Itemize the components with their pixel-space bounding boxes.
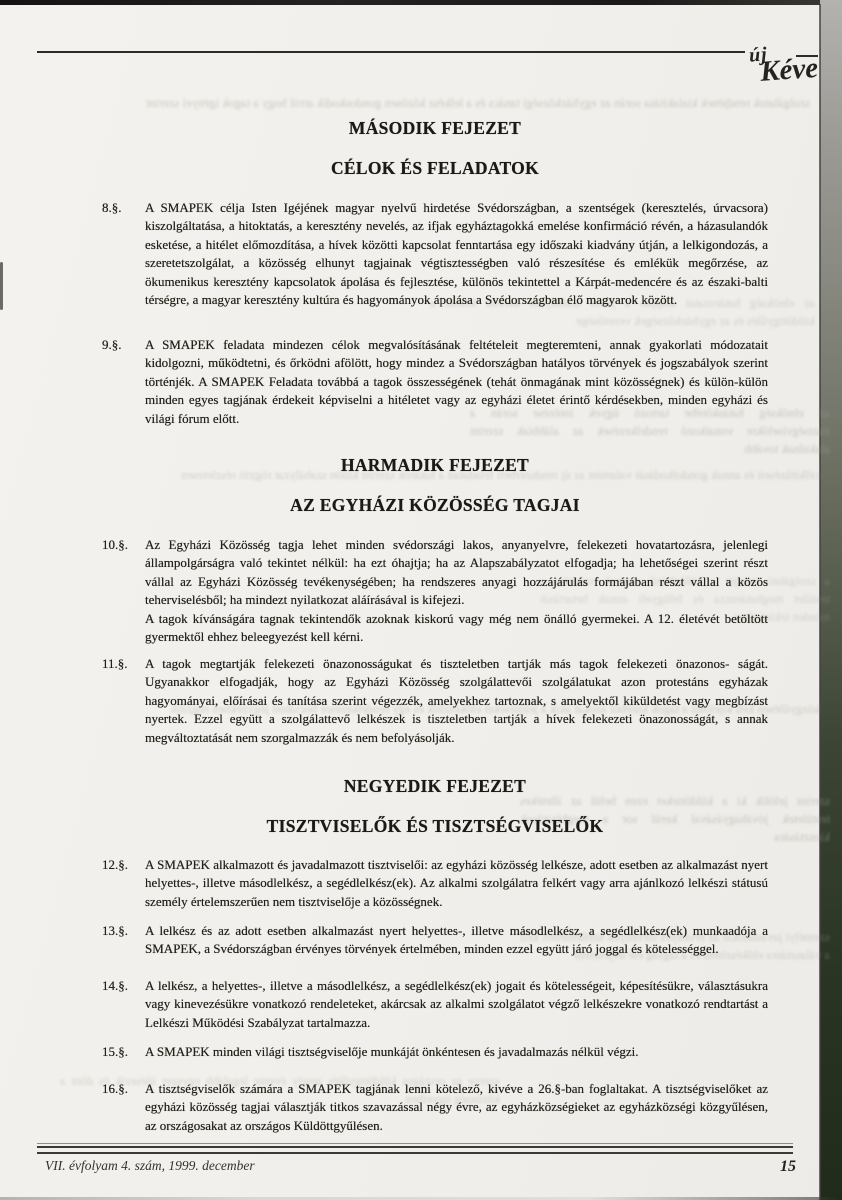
- logo-word: Kéve: [759, 52, 819, 89]
- scan-page-edge-line: [819, 4, 821, 1200]
- paragraph-16-label: 16.§.: [102, 1080, 128, 1098]
- paragraph-8-label: 8.§.: [102, 199, 122, 217]
- bleedthrough-text: szolgálatok rendjének kialakítása során …: [110, 94, 810, 112]
- paragraph-8-text: A SMAPEK célja Isten Igéjének magyar nye…: [145, 199, 768, 309]
- chapter-heading-harmadik: HARMADIK FEJEZET: [102, 455, 768, 476]
- paragraph-13: 13.§. A lelkész és az adott esetben alka…: [102, 922, 768, 959]
- paragraph-16-text: A tisztségviselők számára a SMAPEK tagjá…: [145, 1080, 768, 1135]
- paragraph-11: 11.§. A tagok megtartják felekezeti önaz…: [102, 655, 768, 747]
- footer-rule-echo: [37, 1143, 793, 1144]
- scan-edge-notch: [0, 262, 3, 310]
- paragraph-10: 10.§. Az Egyházi Közösség tagja lehet mi…: [102, 536, 768, 646]
- footer-issue-info: VII. évfolyam 4. szám, 1999. december: [45, 1158, 255, 1174]
- paragraph-14: 14.§. A lelkész, a helyettes-, illetve a…: [102, 977, 768, 1032]
- paragraph-14-text: A lelkész, a helyettes-, illetve a másod…: [145, 977, 768, 1032]
- scanned-document-page: szolgálatok rendjének kialakítása során …: [0, 0, 842, 1200]
- paragraph-10-text: Az Egyházi Közösség tagja lehet minden s…: [145, 536, 768, 610]
- chapter-heading-masodik: MÁSODIK FEJEZET: [102, 118, 768, 139]
- paragraph-9-label: 9.§.: [102, 336, 122, 354]
- paragraph-13-text: A lelkész és az adott esetben alkalmazás…: [145, 922, 768, 959]
- scan-edge-right: [820, 0, 842, 1200]
- paragraph-12-text: A SMAPEK alkalmazott és javadalmazott ti…: [145, 856, 768, 911]
- scan-edge-top: [0, 0, 842, 5]
- paragraph-15-text: A SMAPEK minden világi tisztségviselője …: [145, 1043, 768, 1061]
- paragraph-13-label: 13.§.: [102, 922, 128, 940]
- paragraph-9: 9.§. A SMAPEK feladata mindezen célok me…: [102, 336, 768, 428]
- paragraph-10-label: 10.§.: [102, 536, 128, 554]
- paragraph-12-label: 12.§.: [102, 856, 128, 874]
- chapter-title-celok: CÉLOK ÉS FELADATOK: [102, 158, 768, 179]
- paragraph-15-label: 15.§.: [102, 1043, 128, 1061]
- paragraph-12: 12.§. A SMAPEK alkalmazott és javadalmaz…: [102, 856, 768, 911]
- paragraph-10-text-continued: A tagok kívánságára tagnak tekintendők a…: [145, 610, 768, 647]
- paragraph-11-label: 11.§.: [102, 655, 128, 673]
- paragraph-9-text: A SMAPEK feladata mindezen célok megvaló…: [145, 336, 768, 428]
- paragraph-15: 15.§. A SMAPEK minden világi tisztségvis…: [102, 1043, 768, 1061]
- ujkeve-logo: új Kéve: [746, 39, 827, 96]
- chapter-title-tisztviselok: TISZTVISELŐK ÉS TISZTSÉGVISELŐK: [102, 816, 768, 837]
- chapter-heading-negyedik: NEGYEDIK FEJEZET: [102, 776, 768, 797]
- paragraph-14-label: 14.§.: [102, 977, 128, 995]
- chapter-title-tagok: AZ EGYHÁZI KÖZÖSSÉG TAGJAI: [102, 495, 768, 516]
- paragraph-11-text: A tagok megtartják felekezeti önazonossá…: [145, 655, 768, 747]
- masthead-rule: [37, 51, 745, 53]
- paragraph-8: 8.§. A SMAPEK célja Isten Igéjének magya…: [102, 199, 768, 309]
- footer-rule: [37, 1146, 793, 1154]
- footer-page-number: 15: [770, 1158, 796, 1176]
- paragraph-16: 16.§. A tisztségviselők számára a SMAPEK…: [102, 1080, 768, 1135]
